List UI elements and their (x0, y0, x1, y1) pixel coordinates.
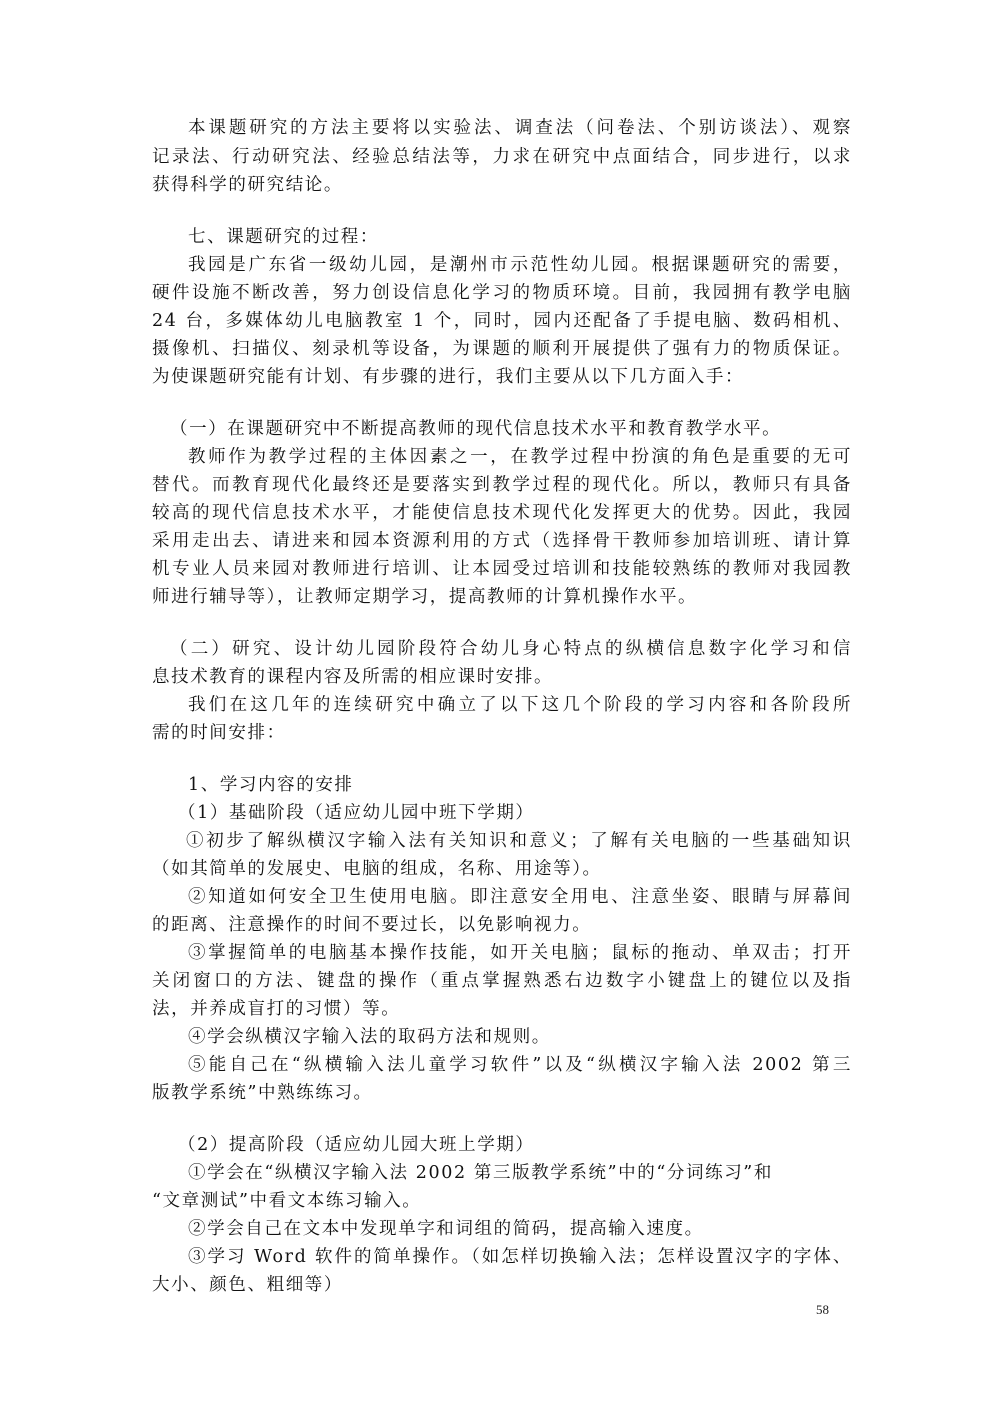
document-page: 本课题研究的方法主要将以实验法、调查法（问卷法、个别访谈法）、观察记录法、行动研… (0, 0, 992, 1403)
text-line: 的距离、注意操作的时间不要过长，以免影响视力。 (152, 912, 852, 938)
text-line: 较高的现代信息技术水平，才能使信息技术现代化发挥更大的优势。因此，我园 (152, 500, 852, 526)
text-line: 采用走出去、请进来和园本资源利用的方式（选择骨干教师参加培训班、请计算 (152, 528, 852, 554)
text-line: 版教学系统”中熟练练习。 (152, 1080, 852, 1106)
text-line: ②学会自己在文本中发现单字和词组的简码，提高输入速度。 (188, 1216, 852, 1242)
text-line: 大小、颜色、粗细等） (152, 1272, 852, 1298)
text-line: 为使课题研究能有计划、有步骤的进行，我们主要从以下几方面入手： (152, 364, 852, 390)
text-line: 关闭窗口的方法、键盘的操作（重点掌握熟悉右边数字小键盘上的键位以及指 (152, 968, 852, 994)
text-line: （如其简单的发展史、电脑的组成，名称、用途等）。 (152, 856, 852, 882)
text-line: （一）在课题研究中不断提高教师的现代信息技术水平和教育教学水平。 (170, 416, 852, 442)
text-line: ③掌握简单的电脑基本操作技能，如开关电脑；鼠标的拖动、单双击；打开 (188, 940, 852, 966)
text-line: “文章测试”中看文本练习输入。 (152, 1188, 852, 1214)
text-line: ①学会在“纵横汉字输入法 2002 第三版教学系统”中的“分词练习”和 (188, 1160, 852, 1186)
text-line: 师进行辅导等），让教师定期学习，提高教师的计算机操作水平。 (152, 584, 852, 610)
text-line: （二）研究、设计幼儿园阶段符合幼儿身心特点的纵横信息数字化学习和信 (170, 636, 852, 662)
text-line: 1、学习内容的安排 (188, 772, 852, 798)
text-line: 七、课题研究的过程： (188, 224, 852, 250)
text-line: 机专业人员来园对教师进行培训、让本园受过培训和技能较熟练的教师对我园教 (152, 556, 852, 582)
text-line: 教师作为教学过程的主体因素之一，在教学过程中扮演的角色是重要的无可 (188, 444, 852, 470)
text-line: 法，并养成盲打的习惯）等。 (152, 996, 852, 1022)
text-line: （1）基础阶段（适应幼儿园中班下学期） (178, 800, 852, 826)
text-line: 本课题研究的方法主要将以实验法、调查法（问卷法、个别访谈法）、观察 (188, 115, 852, 141)
text-line: 需的时间安排： (152, 720, 852, 746)
text-line: ③学习 Word 软件的简单操作。（如怎样切换输入法；怎样设置汉字的字体、 (188, 1244, 852, 1270)
text-line: 摄像机、扫描仪、刻录机等设备，为课题的顺利开展提供了强有力的物质保证。 (152, 336, 852, 362)
text-line: 硬件设施不断改善，努力创设信息化学习的物质环境。目前，我园拥有教学电脑 (152, 280, 852, 306)
text-line: ②知道如何安全卫生使用电脑。即注意安全用电、注意坐姿、眼睛与屏幕间 (188, 884, 852, 910)
text-line: 记录法、行动研究法、经验总结法等，力求在研究中点面结合，同步进行，以求 (152, 144, 852, 170)
text-line: （2）提高阶段（适应幼儿园大班上学期） (178, 1132, 852, 1158)
text-line: ①初步了解纵横汉字输入法有关知识和意义；了解有关电脑的一些基础知识 (186, 828, 852, 854)
text-line: 替代。而教育现代化最终还是要落实到教学过程的现代化。所以，教师只有具备 (152, 472, 852, 498)
text-line: 我园是广东省一级幼儿园，是潮州市示范性幼儿园。根据课题研究的需要， (188, 252, 852, 278)
text-line: 获得科学的研究结论。 (152, 172, 852, 198)
text-line: 24 台，多媒体幼儿电脑教室 1 个，同时，园内还配备了手提电脑、数码相机、 (152, 308, 852, 334)
page-number: 58 (816, 1302, 829, 1318)
text-line: 我们在这几年的连续研究中确立了以下这几个阶段的学习内容和各阶段所 (188, 692, 852, 718)
text-line: ④学会纵横汉字输入法的取码方法和规则。 (188, 1024, 852, 1050)
text-line: 息技术教育的课程内容及所需的相应课时安排。 (152, 664, 852, 690)
text-line: ⑤能自己在“纵横输入法儿童学习软件”以及“纵横汉字输入法 2002 第三 (188, 1052, 852, 1078)
